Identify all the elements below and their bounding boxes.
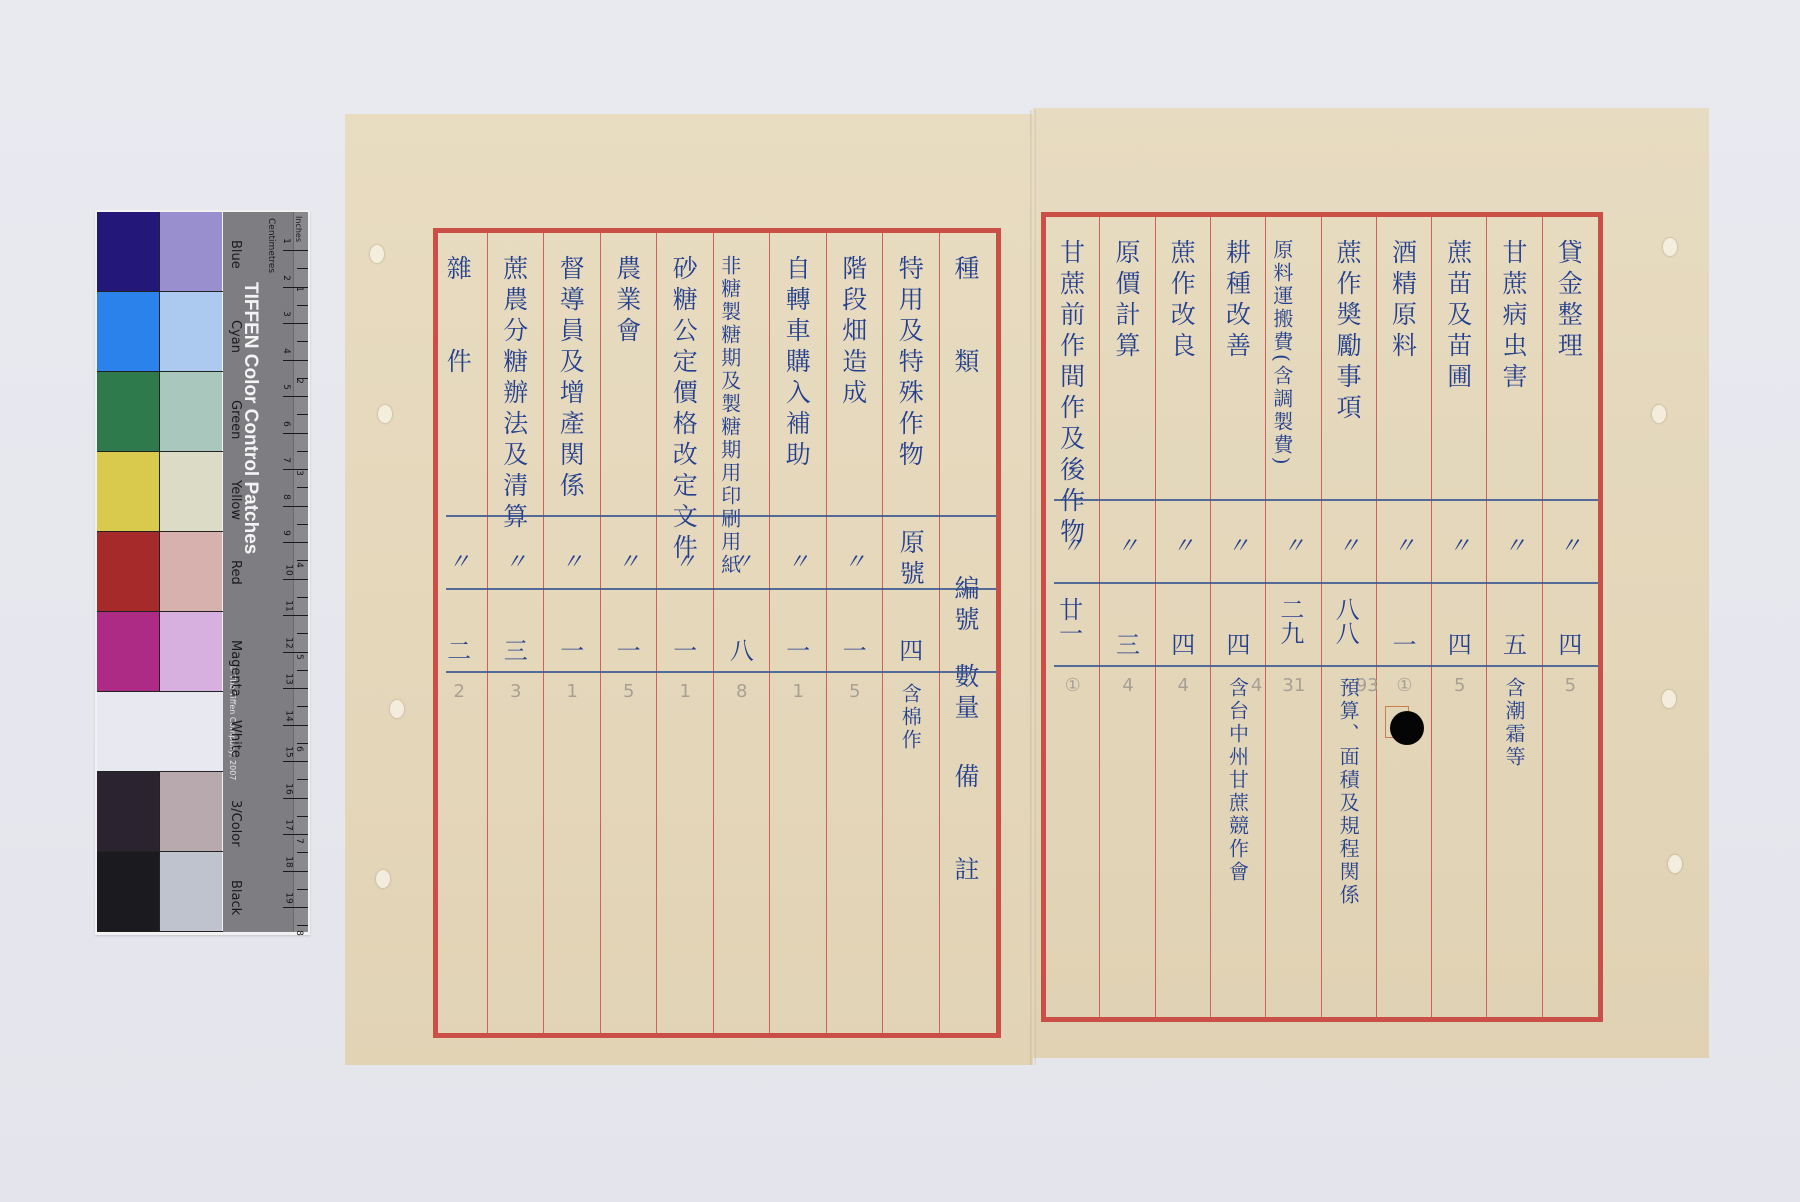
inch-number: 2 <box>294 378 304 384</box>
quantity-cell: 二 <box>429 631 489 666</box>
quantity-cell: 四 <box>1430 625 1490 660</box>
cm-number: 1 <box>281 238 291 244</box>
chart-title: Color Control Patches <box>240 354 261 555</box>
patch-swatch <box>160 452 222 531</box>
pencil-mark: 2 <box>429 681 489 702</box>
cm-tick <box>283 725 308 726</box>
patch-row-black <box>97 852 223 932</box>
punch-hole <box>1390 711 1424 745</box>
half-cm-tick <box>297 268 308 269</box>
category-cell: 蔗作改良 <box>1169 239 1194 363</box>
column-rule <box>1486 217 1487 1017</box>
cm-tick <box>283 761 308 762</box>
patch-swatch <box>160 772 222 851</box>
cm-number: 7 <box>281 457 291 463</box>
cm-number: 10 <box>284 564 294 575</box>
patch-swatch <box>97 772 160 851</box>
patch-swatch <box>97 852 160 931</box>
section-rule <box>1054 499 1598 501</box>
cm-number: 12 <box>284 637 294 648</box>
patch-swatch <box>160 372 222 451</box>
patch-swatch <box>160 212 222 291</box>
color-patches <box>97 212 223 932</box>
cm-number: 15 <box>284 746 294 757</box>
category-cell: 特用及特殊作物 <box>897 255 922 472</box>
number-cell: 〃 <box>1540 529 1600 560</box>
remark-cell: 含棉作 <box>900 683 920 752</box>
patch-swatch <box>97 212 160 291</box>
patch-row-green <box>97 372 223 452</box>
quantity-cell: 八八 <box>1335 597 1363 645</box>
patch-row-blue <box>97 212 223 292</box>
binding-hole <box>370 245 384 263</box>
half-cm-tick <box>297 779 308 780</box>
cm-tick <box>283 469 308 470</box>
cm-number: 18 <box>284 856 294 867</box>
cm-number: 14 <box>284 710 294 721</box>
category-cell: 酒精原料 <box>1390 239 1415 363</box>
number-cell: 〃 <box>429 545 489 576</box>
patch-swatch <box>160 852 222 931</box>
column-rule <box>1265 217 1266 1017</box>
patch-row-cyan <box>97 292 223 372</box>
inch-scale: 12345678 <box>293 212 308 932</box>
number-cell: 〃 <box>486 545 546 576</box>
cm-number: 6 <box>281 421 291 427</box>
binding-hole <box>376 870 390 888</box>
binding-hole <box>1668 855 1682 873</box>
cm-tick <box>283 871 308 872</box>
category-cell: 貸金整理 <box>1556 239 1581 363</box>
pencil-mark: 4 <box>1153 675 1213 696</box>
number-cell: 〃 <box>1374 529 1434 560</box>
cm-number: 11 <box>284 600 294 611</box>
quantity-cell: 廿一 <box>1059 597 1087 645</box>
patch-row-magenta <box>97 612 223 692</box>
patch-label: 3/Color <box>228 800 243 847</box>
quantity-cell: 四 <box>1209 625 1269 660</box>
pencil-mark: 8 <box>712 681 772 702</box>
inch-number: 5 <box>294 654 304 660</box>
right-register-table: 貸金整理〃四5甘蔗病虫害〃五含潮霜等蔗苗及苗圃〃四5酒精原料〃一①蔗作奬勵事項〃… <box>1041 212 1603 1022</box>
number-cell: 〃 <box>825 545 885 576</box>
column-rule <box>1321 217 1322 1017</box>
patch-label: Red <box>228 560 243 585</box>
patch-label: Magenta <box>228 640 243 697</box>
category-cell: 督導員及增產関係 <box>558 255 583 503</box>
cm-tick <box>283 688 308 689</box>
cm-number: 19 <box>284 892 294 903</box>
quantity-cell: 四 <box>881 631 941 666</box>
pencil-mark: 1 <box>655 681 715 702</box>
cm-tick <box>283 396 308 397</box>
pencil-mark: ① <box>1043 675 1103 696</box>
half-cm-tick <box>297 451 308 452</box>
number-cell: 〃 <box>1264 529 1324 560</box>
category-cell: 原價計算 <box>1114 239 1139 363</box>
section-rule <box>446 671 996 673</box>
half-cm-tick <box>297 524 308 525</box>
cm-tick <box>283 907 308 908</box>
half-cm-tick <box>297 670 308 671</box>
binding-hole <box>1652 405 1666 423</box>
column-rule <box>1155 217 1156 1017</box>
cm-number: 4 <box>281 348 291 354</box>
binding-hole <box>1662 690 1676 708</box>
patch-label: Blue <box>228 240 243 269</box>
patch-label: Cyan <box>228 320 243 353</box>
category-cell: 蔗苗及苗圃 <box>1446 239 1471 394</box>
quantity-cell: 四 <box>1153 625 1213 660</box>
category-cell: 甘蔗前作間作及後作物 <box>1059 239 1084 549</box>
section-rule <box>1054 582 1598 584</box>
column-rule <box>1542 217 1543 1017</box>
cm-number: 5 <box>281 384 291 390</box>
half-cm-tick <box>297 560 308 561</box>
patch-row-3color <box>97 772 223 852</box>
cm-tick <box>283 579 308 580</box>
category-cell: 農業會 <box>615 255 640 348</box>
quantity-cell: 一 <box>1374 625 1434 660</box>
half-cm-tick <box>297 925 308 926</box>
inch-number: 7 <box>294 838 304 844</box>
half-cm-tick <box>297 852 308 853</box>
category-cell: 砂糖公定價格改定文件 <box>671 255 696 565</box>
cm-tick <box>283 652 308 653</box>
left-register-table: 種 類 編號 數量 備 註 特用及特殊作物原號四含棉作階段畑造成〃一5自轉車購入… <box>433 228 1001 1038</box>
patch-swatch <box>97 292 160 371</box>
number-cell: 〃 <box>1430 529 1490 560</box>
number-cell: 〃 <box>1209 529 1269 560</box>
half-cm-tick <box>297 378 308 379</box>
number-cell: 〃 <box>712 545 772 576</box>
category-cell: 原料運搬費(含調製費) <box>1272 239 1292 468</box>
cm-number: 3 <box>281 311 291 317</box>
pencil-mark: 5 <box>1540 675 1600 696</box>
patch-row-white <box>97 692 223 772</box>
patch-swatch <box>97 452 160 531</box>
section-rule <box>1054 665 1598 667</box>
column-rule <box>1099 217 1100 1017</box>
header-remarks-label: 備 註 <box>953 763 978 1023</box>
half-cm-tick <box>297 487 308 488</box>
pencil-mark: 4 <box>1098 675 1158 696</box>
cm-number: 9 <box>281 530 291 536</box>
inch-number: 3 <box>294 470 304 476</box>
number-cell: 〃 <box>599 545 659 576</box>
color-control-chart: 12345678 12345678910111213141516171819 C… <box>95 210 310 935</box>
cm-number: 16 <box>284 783 294 794</box>
cm-number: 13 <box>284 673 294 684</box>
cm-unit-label: Centimetres <box>266 218 276 273</box>
pencil-mark: 5 <box>599 681 659 702</box>
patch-swatch <box>160 612 222 691</box>
binding-hole <box>378 405 392 423</box>
category-cell: 階段畑造成 <box>841 255 866 410</box>
quantity-cell: 一 <box>599 631 659 666</box>
column-rule <box>1431 217 1432 1017</box>
cm-tick <box>283 615 308 616</box>
quantity-cell: 一 <box>768 631 828 666</box>
category-cell: 非糖製糖期及製糖期用印刷用紙 <box>720 255 740 577</box>
quantity-cell: 一 <box>825 631 885 666</box>
category-cell: 雜 件 <box>445 255 470 379</box>
category-cell: 蔗作奬勵事項 <box>1335 239 1360 425</box>
quantity-cell: 一 <box>655 631 715 666</box>
remark-cell: 含潮霜等 <box>1504 677 1524 769</box>
half-cm-tick <box>297 341 308 342</box>
binding-hole <box>1663 238 1677 256</box>
cm-tick <box>283 542 308 543</box>
patch-swatch <box>97 692 223 771</box>
category-cell: 甘蔗病虫害 <box>1501 239 1526 394</box>
quantity-cell: 三 <box>486 631 546 666</box>
inch-number: 4 <box>294 562 304 568</box>
number-cell: 〃 <box>1319 529 1379 560</box>
cm-number: 17 <box>284 819 294 830</box>
patch-label: Green <box>228 400 243 439</box>
cm-tick <box>283 834 308 835</box>
cm-number: 2 <box>281 275 291 281</box>
column-rule <box>1210 217 1211 1017</box>
inch-number: 8 <box>294 930 304 936</box>
number-cell: 〃 <box>542 545 602 576</box>
quantity-cell: 八 <box>712 631 772 666</box>
number-cell: 〃 <box>1485 529 1545 560</box>
number-cell: 〃 <box>768 545 828 576</box>
patch-label: Yellow <box>228 480 243 520</box>
number-cell: 〃 <box>655 545 715 576</box>
patch-label: Black <box>228 880 243 915</box>
number-cell: 〃 <box>1043 529 1103 560</box>
remark-cell: 含台中州甘蔗競作會 <box>1228 677 1248 884</box>
cm-tick <box>283 360 308 361</box>
half-cm-tick <box>297 414 308 415</box>
patch-row-yellow <box>97 452 223 532</box>
patch-swatch <box>97 532 160 611</box>
category-cell: 蔗農分糖辦法及清算 <box>502 255 527 534</box>
cm-tick <box>283 287 308 288</box>
column-rule <box>1376 217 1377 1017</box>
ruler: 12345678 12345678910111213141516171819 C… <box>223 212 308 932</box>
cm-tick <box>283 323 308 324</box>
remark-cell: 預算、面積及規程関係 <box>1338 677 1358 907</box>
half-cm-tick <box>297 816 308 817</box>
pencil-mark: 1 <box>542 681 602 702</box>
cm-tick <box>283 798 308 799</box>
category-cell: 自轉車購入補助 <box>784 255 809 472</box>
category-cell: 耕種改善 <box>1225 239 1250 363</box>
patch-swatch <box>160 292 222 371</box>
patch-swatch <box>160 532 222 611</box>
patch-swatch <box>97 372 160 451</box>
number-cell: 〃 <box>1153 529 1213 560</box>
pencil-mark: 1 <box>768 681 828 702</box>
patch-label: White <box>228 720 243 758</box>
quantity-cell: 三 <box>1098 625 1158 660</box>
binding-hole <box>390 700 404 718</box>
half-cm-tick <box>297 889 308 890</box>
number-cell: 原號 <box>898 529 923 591</box>
half-cm-tick <box>297 597 308 598</box>
header-number-label: 編號 <box>953 575 978 637</box>
cm-number: 8 <box>281 494 291 500</box>
quantity-cell: 五 <box>1485 625 1545 660</box>
patch-row-red <box>97 532 223 612</box>
cm-tick <box>283 433 308 434</box>
pencil-mark: 5 <box>825 681 885 702</box>
page-fold <box>1030 110 1036 1065</box>
number-cell: 〃 <box>1098 529 1158 560</box>
quantity-cell: 二九 <box>1280 597 1308 645</box>
cm-tick <box>283 250 308 251</box>
cm-tick <box>283 506 308 507</box>
quantity-cell: 一 <box>542 631 602 666</box>
half-cm-tick <box>297 305 308 306</box>
pencil-mark: 3 <box>486 681 546 702</box>
inch-unit-label: Inches <box>294 216 303 242</box>
inch-number: 6 <box>294 746 304 752</box>
patch-swatch <box>97 612 160 691</box>
pencil-mark: 5 <box>1430 675 1490 696</box>
half-cm-tick <box>297 706 308 707</box>
quantity-cell: 四 <box>1540 625 1600 660</box>
half-cm-tick <box>297 633 308 634</box>
half-cm-tick <box>297 743 308 744</box>
